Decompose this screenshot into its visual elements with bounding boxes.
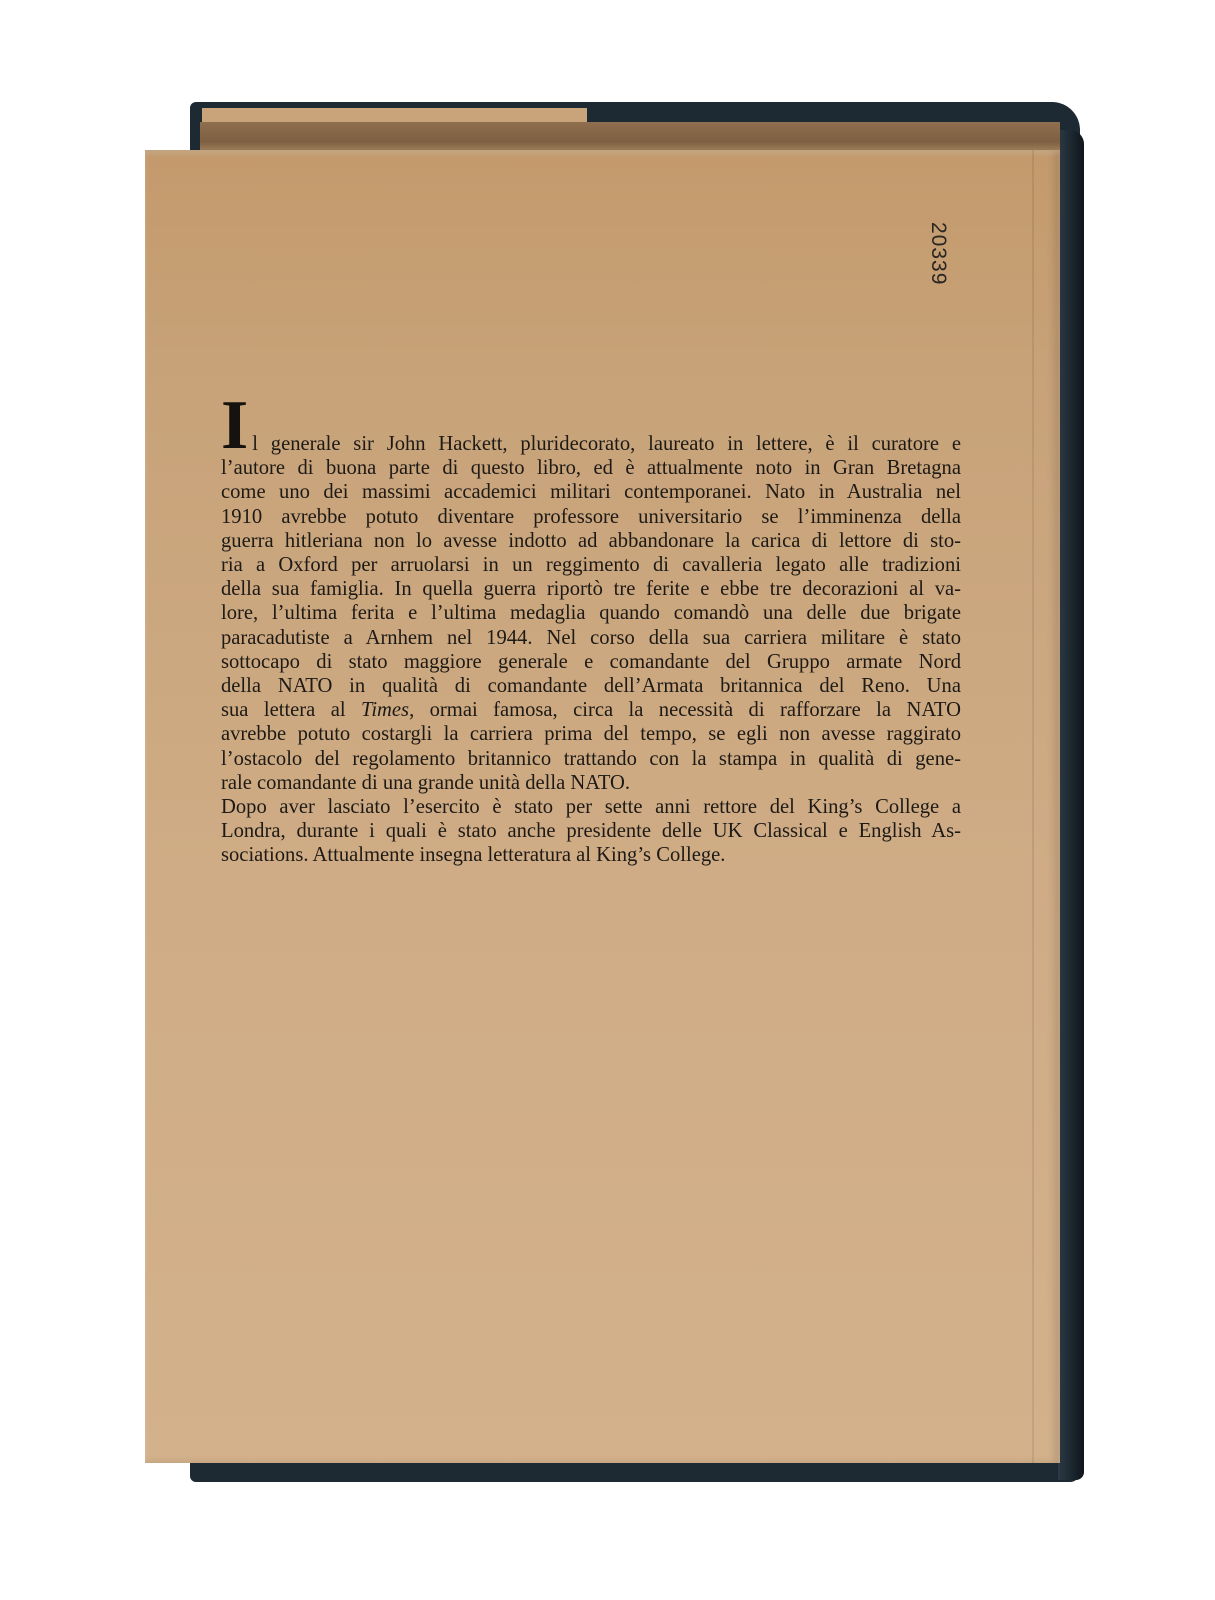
author-biography: I l generale sir John Hackett, plurideco…: [221, 392, 961, 868]
book-back-cover: 20339 I l generale sir John Hackett, plu…: [0, 0, 1215, 1600]
text-line: paracadutiste a Arnhem nel 1944. Nel cor…: [221, 626, 961, 650]
text-line: rale comandante di una grande unità dell…: [221, 771, 961, 795]
text-line: sociations. Attualmente insegna letterat…: [221, 843, 961, 867]
text-line: l’autore di buona parte di questo libro,…: [221, 456, 961, 480]
text-line: avrebbe potuto costargli la carriera pri…: [221, 722, 961, 746]
newspaper-title: Times: [361, 699, 409, 721]
text-line: lore, l’ultima ferita e l’ultima medagli…: [221, 601, 961, 625]
text-line: della NATO in qualità di comandante dell…: [221, 674, 961, 698]
text-line: Londra, durante i quali è stato anche pr…: [221, 819, 961, 843]
text-line-times: sua lettera al Times, ormai famosa, circ…: [221, 698, 961, 722]
drop-cap-spacer: [221, 392, 961, 432]
catalog-number: 20339: [926, 222, 950, 285]
text-line: l generale sir John Hackett, pluridecora…: [221, 432, 961, 456]
text-line: 1910 avrebbe potuto diventare professore…: [221, 505, 961, 529]
text-line: sottocapo di stato maggiore generale e c…: [221, 650, 961, 674]
jacket-fold-line: [1032, 150, 1034, 1463]
endpaper-strip: [202, 108, 587, 122]
text-line: ria a Oxford per arruolarsi in un reggim…: [221, 553, 961, 577]
text-line: come uno dei massimi accademici militari…: [221, 480, 961, 504]
book-spine: [1058, 130, 1084, 1480]
text-fragment: sua lettera al: [221, 699, 361, 721]
text-fragment: , ormai famosa, circa la necessità di ra…: [409, 699, 961, 721]
text-line: della sua famiglia. In quella guerra rip…: [221, 577, 961, 601]
page-block-edge: [200, 122, 1060, 150]
text-line: l’ostacolo del regolamento britannico tr…: [221, 747, 961, 771]
drop-cap: I: [221, 398, 248, 454]
text-line: guerra hitleriana non lo avesse indotto …: [221, 529, 961, 553]
text-line: Dopo aver lasciato l’esercito è stato pe…: [221, 795, 961, 819]
